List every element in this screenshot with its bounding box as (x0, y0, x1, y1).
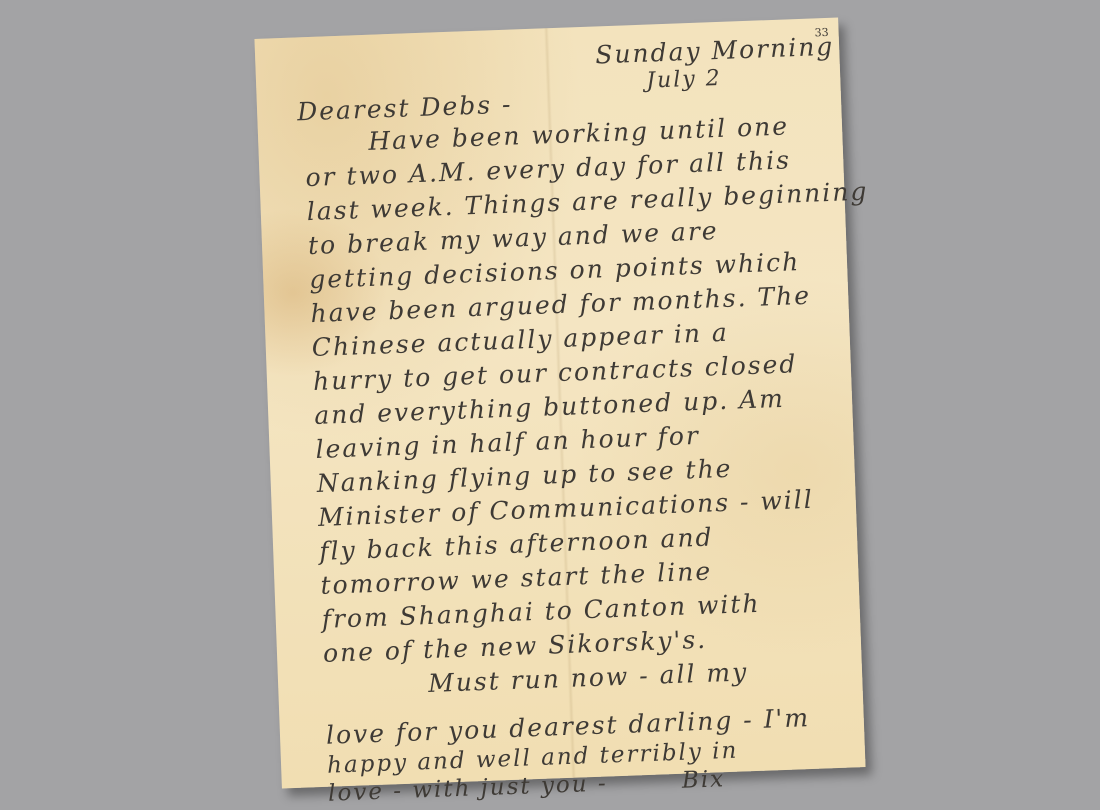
dateline-date: July 2 (646, 66, 722, 94)
dateline-day: Sunday Morning (595, 32, 835, 70)
signature: Bix (681, 766, 725, 794)
salutation: Dearest Debs - (297, 90, 513, 127)
photo-backdrop: 33 Sunday Morning July 2 Dearest Debs - … (0, 0, 1100, 810)
body-line: Must run now - all my (428, 657, 749, 698)
letter-page: 33 Sunday Morning July 2 Dearest Debs - … (254, 18, 865, 789)
